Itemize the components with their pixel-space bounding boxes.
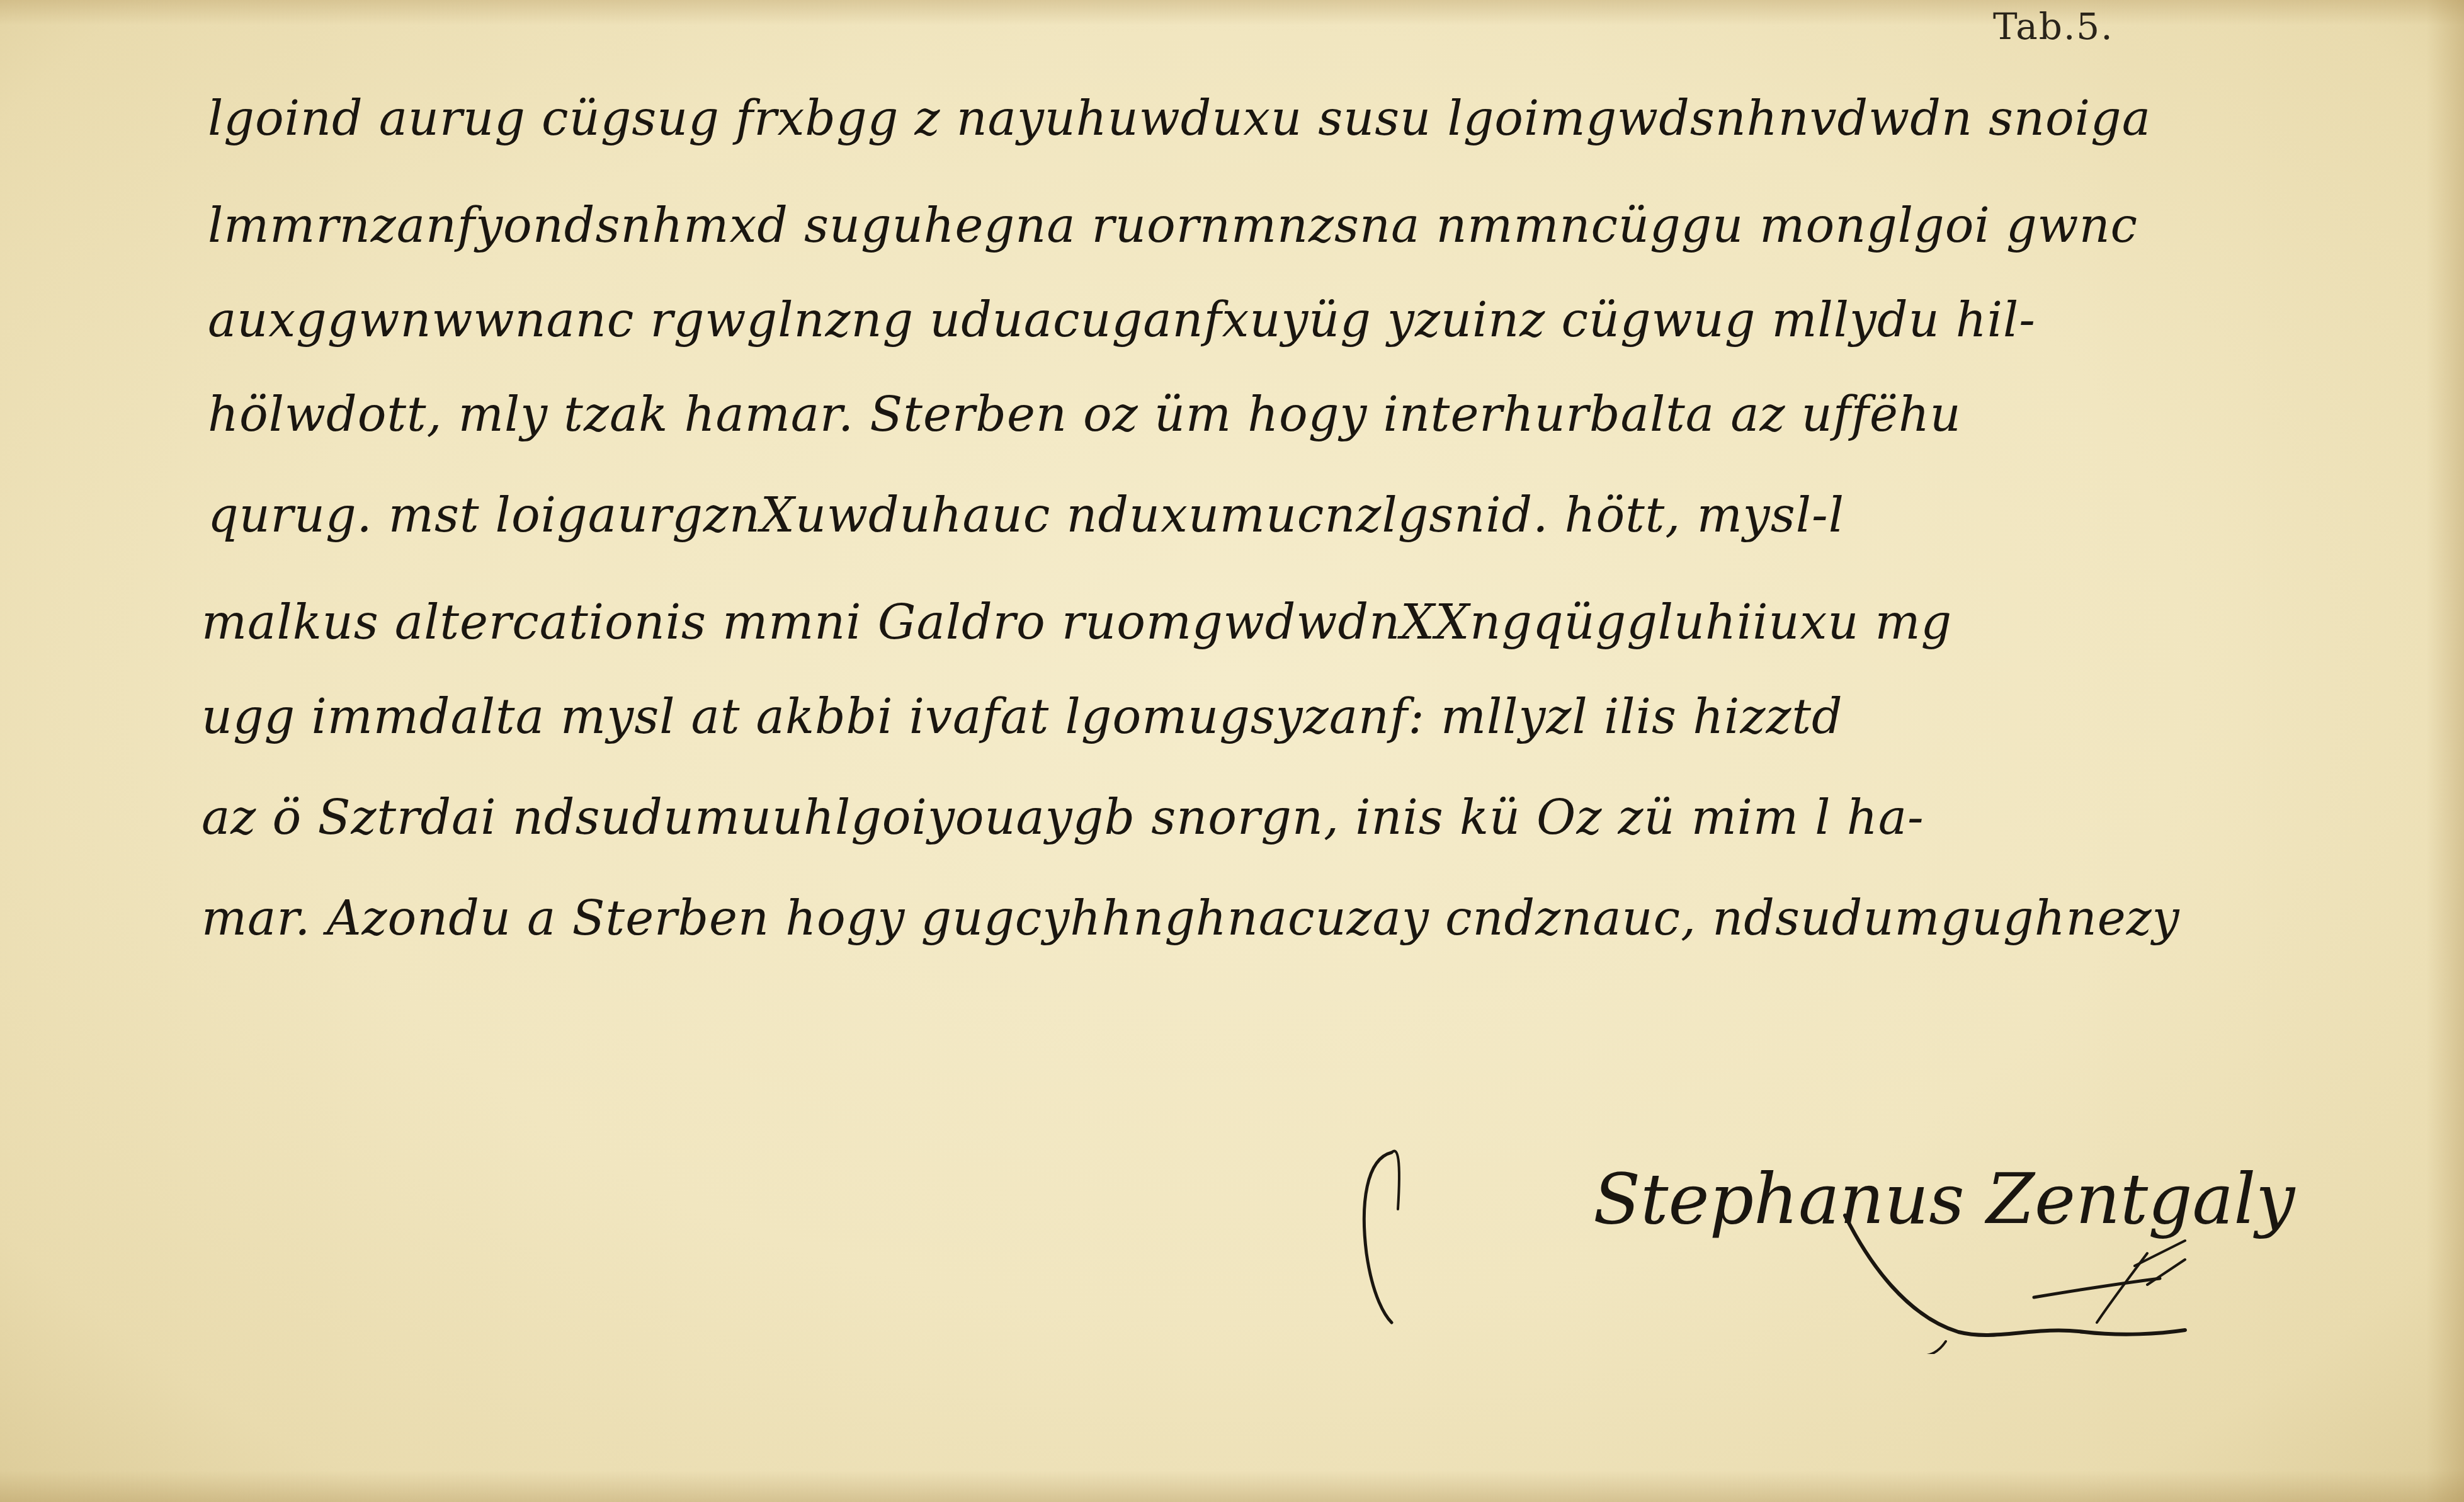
manuscript-line-5: qurug. mst loigaurgznXuwduhauc nduxumucn… [208,491,1844,539]
signature-block: Stephanus Zentgaly [1354,1115,2267,1354]
manuscript-line-6: malkus altercationis mmni Galdro ruomgwd… [202,598,1952,646]
manuscript-line-4: hölwdott, mly tzak hamar. Sterben oz üm … [208,390,1962,438]
signature-hook-mark [1354,1115,1467,1354]
page-edge-bottom [0,1471,2464,1502]
manuscript-line-2: lmmrnzanfyondsnhmxd suguhegna ruornmnzsn… [208,202,2138,249]
manuscript-line-1: lgoind aurug cügsug frxbgg z nayuhuwduxu… [208,94,2151,142]
page-edge-right [2426,0,2464,1502]
signature-flourish [1832,1190,2273,1354]
manuscript-line-7: ugg immdalta mysl at akbbi ivafat lgomug… [202,693,1843,741]
manuscript-line-3: auxggwnwwnanc rgwglnzng uduacuganfxuyüg … [208,296,2036,344]
plate-label: Tab.5. [1993,5,2114,48]
manuscript-line-9: mar. Azondu a Sterben hogy gugcyhhnghnac… [202,894,2180,942]
manuscript-line-8: az ö Sztrdai ndsudumuuhlgoiyouaygb snorg… [202,794,1924,841]
